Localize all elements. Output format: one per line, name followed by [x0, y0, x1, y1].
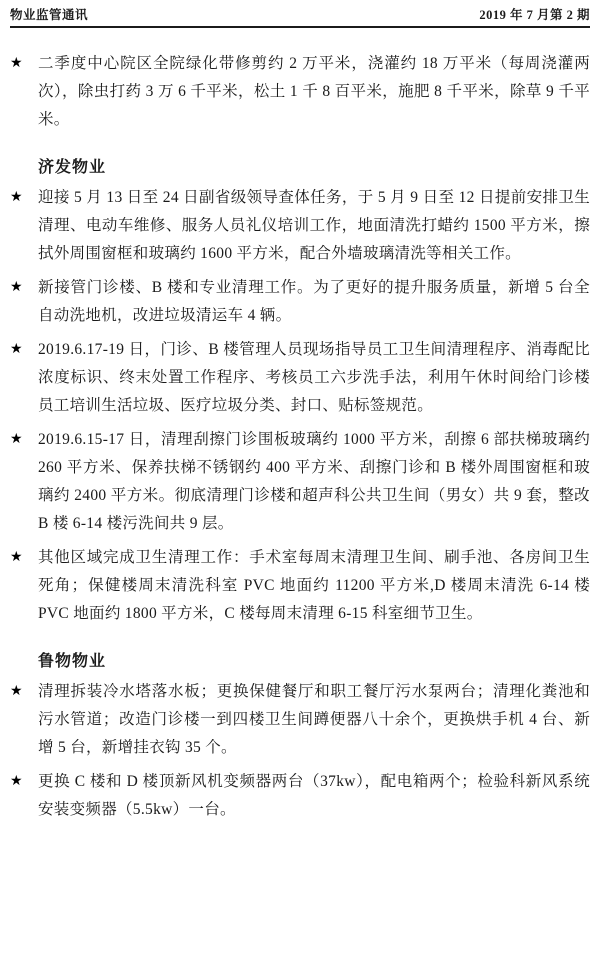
newsletter-page: 物业监管通讯 2019 年 7 月第 2 期 ★ 二季度中心院区全院绿化带修剪约… [0, 0, 600, 953]
bullet-paragraph: 更换 C 楼和 D 楼顶新风机变频器两台（37kw），配电箱两个；检验科新风系统… [38, 768, 590, 824]
bullet-paragraph: 其他区域完成卫生清理工作：手术室每周末清理卫生间、刷手池、各房间卫生死角；保健楼… [38, 544, 590, 628]
bullet-paragraph: 二季度中心院区全院绿化带修剪约 2 万平米，浇灌约 18 万平米（每周浇灌两次）… [38, 50, 590, 134]
header-issue: 2019 年 7 月第 2 期 [479, 5, 590, 23]
bullet-paragraph: 2019.6.15-17 日，清理刮擦门诊围板玻璃约 1000 平方米，刮擦 6… [38, 426, 590, 538]
star-bullet-icon: ★ [10, 336, 38, 364]
bullet-item: ★ 2019.6.15-17 日，清理刮擦门诊围板玻璃约 1000 平方米，刮擦… [10, 426, 590, 538]
star-bullet-icon: ★ [10, 544, 38, 572]
star-bullet-icon: ★ [10, 678, 38, 706]
bullet-item: ★ 迎接 5 月 13 日至 24 日副省级领导查体任务，于 5 月 9 日至 … [10, 184, 590, 268]
star-bullet-icon: ★ [10, 274, 38, 302]
star-bullet-icon: ★ [10, 768, 38, 796]
bullet-paragraph: 清理拆装冷水塔落水板；更换保健餐厅和职工餐厅污水泵两台；清理化粪池和污水管道；改… [38, 678, 590, 762]
newsletter-body: ★ 二季度中心院区全院绿化带修剪约 2 万平米，浇灌约 18 万平米（每周浇灌两… [10, 28, 590, 824]
bullet-item: ★ 清理拆装冷水塔落水板；更换保健餐厅和职工餐厅污水泵两台；清理化粪池和污水管道… [10, 678, 590, 762]
star-bullet-icon: ★ [10, 184, 38, 212]
bullet-paragraph: 新接管门诊楼、B 楼和专业清理工作。为了更好的提升服务质量，新增 5 台全自动洗… [38, 274, 590, 330]
section-heading-jifa: 济发物业 [38, 154, 590, 182]
section-heading-luwu: 鲁物物业 [38, 648, 590, 676]
bullet-paragraph: 2019.6.17-19 日，门诊、B 楼管理人员现场指导员工卫生间清理程序、消… [38, 336, 590, 420]
bullet-item: ★ 新接管门诊楼、B 楼和专业清理工作。为了更好的提升服务质量，新增 5 台全自… [10, 274, 590, 330]
bullet-item: ★ 2019.6.17-19 日，门诊、B 楼管理人员现场指导员工卫生间清理程序… [10, 336, 590, 420]
star-bullet-icon: ★ [10, 426, 38, 454]
star-bullet-icon: ★ [10, 50, 38, 78]
page-header: 物业监管通讯 2019 年 7 月第 2 期 [10, 0, 590, 23]
bullet-item: ★ 二季度中心院区全院绿化带修剪约 2 万平米，浇灌约 18 万平米（每周浇灌两… [10, 50, 590, 134]
header-title: 物业监管通讯 [10, 5, 88, 23]
bullet-paragraph: 迎接 5 月 13 日至 24 日副省级领导查体任务，于 5 月 9 日至 12… [38, 184, 590, 268]
bullet-item: ★ 更换 C 楼和 D 楼顶新风机变频器两台（37kw），配电箱两个；检验科新风… [10, 768, 590, 824]
bullet-item: ★ 其他区域完成卫生清理工作：手术室每周末清理卫生间、刷手池、各房间卫生死角；保… [10, 544, 590, 628]
